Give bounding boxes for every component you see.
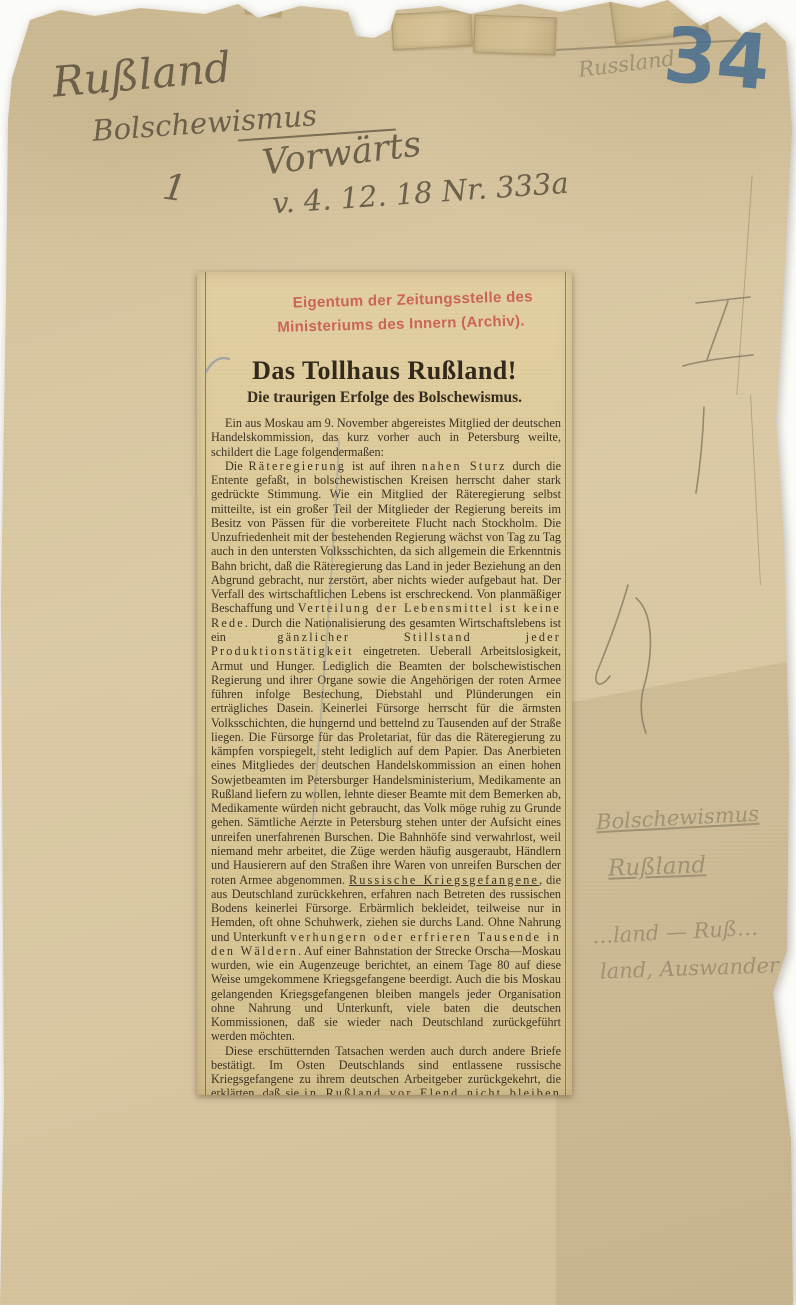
- roman-numeral-one-mark: [707, 301, 728, 360]
- article-paragraph: Ein aus Moskau am 9. November abgereiste…: [211, 416, 561, 459]
- column-rule: [205, 272, 206, 1095]
- margin-note: Rußland: [608, 852, 707, 881]
- paper-discoloration: [556, 660, 796, 1305]
- newspaper-clipping: Eigentum der Zeitungsstelle des Minister…: [197, 272, 572, 1095]
- roman-numeral-one-mark: [683, 355, 753, 366]
- column-rule: [565, 272, 566, 1095]
- article-paragraph: Die Räteregierung ist auf ihren nahen St…: [211, 459, 561, 1044]
- tape-fragment: [391, 10, 473, 50]
- archive-ownership-stamp: Eigentum der Zeitungsstelle des Minister…: [292, 284, 564, 339]
- paper-crease: [736, 175, 752, 395]
- tape-fragment: [473, 15, 556, 56]
- archive-sheet: Rußland Bolschewismus 1 Vorwärts v. 4. 1…: [0, 0, 796, 1305]
- pencil-scribble: [596, 585, 628, 684]
- handwritten-topic: Rußland: [50, 42, 233, 106]
- scanned-archive-page: Rußland Bolschewismus 1 Vorwärts v. 4. 1…: [0, 0, 796, 1305]
- article-body: Ein aus Moskau am 9. November abgereiste…: [211, 416, 561, 1095]
- handwritten-numeral: 1: [160, 167, 188, 211]
- article-paragraph: Diese erschütternden Tatsachen werden au…: [211, 1044, 561, 1095]
- paper-crease: [750, 395, 761, 585]
- article-headline: Das Tollhaus Rußland!: [197, 356, 572, 386]
- paper-wrap: Rußland Bolschewismus 1 Vorwärts v. 4. 1…: [0, 0, 796, 1305]
- tape-fragment: [245, 0, 283, 17]
- blue-classification-number: 34: [660, 10, 773, 108]
- pencil-stroke: [696, 407, 704, 493]
- article-subhead: Die traurigen Erfolge des Bolschewismus.: [197, 389, 572, 407]
